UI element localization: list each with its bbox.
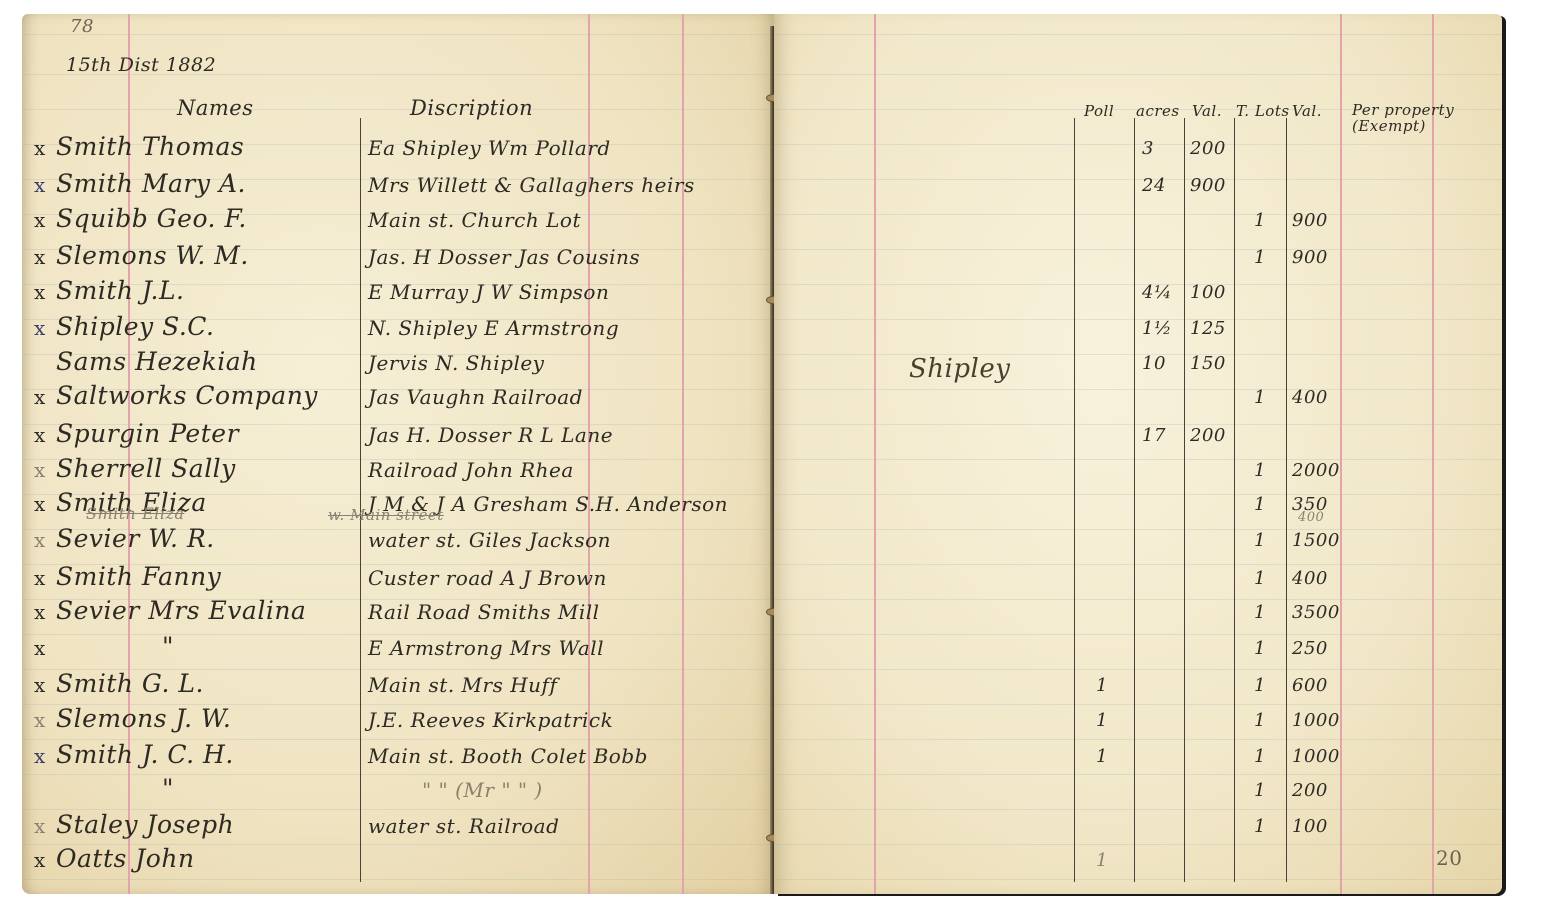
property-description: " " (Mr " " ) bbox=[422, 778, 543, 802]
checkmark-x: x bbox=[34, 814, 46, 838]
ledger-cell-lots-val: 2000 bbox=[1292, 460, 1340, 481]
taxpayer-name: Sherrell Sally bbox=[56, 454, 236, 483]
ledger-cell-lots-val: 400 bbox=[1292, 387, 1328, 408]
margin-rule bbox=[682, 14, 684, 894]
checkmark-x: x bbox=[34, 208, 46, 232]
column-header-town-lots: T. Lots bbox=[1236, 102, 1290, 120]
column-header-poll: Poll bbox=[1084, 102, 1114, 120]
ledger-cell-poll: 1 bbox=[1096, 746, 1108, 767]
page-number: 78 bbox=[70, 16, 94, 37]
checkmark-x: x bbox=[34, 316, 46, 340]
taxpayer-name: Oatts John bbox=[56, 844, 195, 873]
checkmark-x: x bbox=[34, 385, 46, 409]
property-description: Railroad John Rhea bbox=[368, 458, 574, 482]
ledger-cell-lots-val: 200 bbox=[1292, 780, 1328, 801]
margin-rule bbox=[1432, 14, 1434, 894]
margin-note: Shipley bbox=[909, 354, 1010, 384]
struck-annotation: Smith Eliza bbox=[86, 504, 184, 523]
ledger-cell-lots-val: 600 bbox=[1292, 675, 1328, 696]
left-page: 78 15th Dist 1882 Names Discription xSmi… bbox=[22, 14, 774, 894]
ledger-cell-lots: 1 bbox=[1254, 210, 1266, 231]
property-description: water st. Railroad bbox=[368, 814, 559, 838]
ledger-cell-lots: 1 bbox=[1254, 602, 1266, 623]
ledger-cell-lots-val: 900 bbox=[1292, 210, 1328, 231]
ledger-cell-lots: 1 bbox=[1254, 638, 1266, 659]
checkmark-x: x bbox=[34, 744, 46, 768]
property-description: Ea Shipley Wm Pollard bbox=[368, 136, 611, 160]
property-description: Mrs Willett & Gallaghers heirs bbox=[368, 173, 695, 197]
ledger-cell-lots-val: 250 bbox=[1292, 638, 1328, 659]
page-number: 20 bbox=[1436, 846, 1462, 870]
ledger-cell-acres: 1½ bbox=[1142, 318, 1172, 339]
property-description: Jas H. Dosser R L Lane bbox=[368, 423, 613, 447]
column-header-acres-value: Val. bbox=[1192, 102, 1222, 120]
property-description: Main st. Mrs Huff bbox=[368, 673, 557, 697]
ledger-cell-acres: 3 bbox=[1142, 138, 1154, 159]
ledger-cell-lots-val: 1000 bbox=[1292, 710, 1340, 731]
column-header-personal-property: Per property (Exempt) bbox=[1352, 102, 1492, 134]
column-header-acres: acres bbox=[1136, 102, 1180, 120]
ledger-cell-lots: 1 bbox=[1254, 387, 1266, 408]
ledger-cell-acres: 17 bbox=[1142, 425, 1166, 446]
struck-annotation: w. Main street bbox=[328, 506, 444, 524]
checkmark-x: x bbox=[34, 245, 46, 269]
taxpayer-name: Sams Hezekiah bbox=[56, 347, 258, 376]
checkmark-x: x bbox=[34, 848, 46, 872]
column-header-lots-value: Val. bbox=[1292, 102, 1322, 120]
ledger-cell-acres-val: 100 bbox=[1190, 282, 1226, 303]
ledger-cell-acres-val: 200 bbox=[1190, 425, 1226, 446]
taxpayer-name: Smith Fanny bbox=[56, 562, 221, 591]
page-heading: 15th Dist 1882 bbox=[66, 54, 216, 76]
ledger-cell-acres-val: 200 bbox=[1190, 138, 1226, 159]
ledger-cell-acres: 4¼ bbox=[1142, 282, 1172, 303]
checkmark-x: x bbox=[34, 600, 46, 624]
description-column-header: Discription bbox=[410, 96, 533, 120]
ledger-cell-acres-val: 900 bbox=[1190, 175, 1226, 196]
ledger-cell-lots-val: 900 bbox=[1292, 247, 1328, 268]
taxpayer-name: Smith J. C. H. bbox=[56, 740, 234, 769]
checkmark-x: x bbox=[34, 423, 46, 447]
property-description: Jas. H Dosser Jas Cousins bbox=[368, 245, 640, 269]
ledger-cell-lots: 1 bbox=[1254, 494, 1266, 515]
margin-rule bbox=[874, 14, 876, 894]
ledger-cell-lots-val: 3500 bbox=[1292, 602, 1340, 623]
taxpayer-name: Saltworks Company bbox=[56, 381, 318, 410]
ledger-cell-poll: 1 bbox=[1096, 710, 1108, 731]
checkmark-x: x bbox=[34, 528, 46, 552]
taxpayer-name: Smith Mary A. bbox=[56, 169, 246, 198]
property-description: J.E. Reeves Kirkpatrick bbox=[368, 708, 613, 732]
checkmark-x: x bbox=[34, 173, 46, 197]
taxpayer-name: Staley Joseph bbox=[56, 810, 234, 839]
property-description: Custer road A J Brown bbox=[368, 566, 607, 590]
ledger-cell-lots: 1 bbox=[1254, 675, 1266, 696]
checkmark-x: x bbox=[34, 566, 46, 590]
checkmark-x: x bbox=[34, 636, 46, 660]
property-description: Rail Road Smiths Mill bbox=[368, 600, 600, 624]
ledger-cell-lots-val: 100 bbox=[1292, 816, 1328, 837]
ledger-cell-lots-val: 1500 bbox=[1292, 530, 1340, 551]
checkmark-x: x bbox=[34, 280, 46, 304]
ledger-cell-lots: 1 bbox=[1254, 746, 1266, 767]
property-description: E Armstrong Mrs Wall bbox=[368, 636, 604, 660]
column-divider bbox=[1134, 118, 1135, 882]
ledger-cell-poll: 1 bbox=[1096, 850, 1108, 871]
ledger-cell-lots-val: 1000 bbox=[1292, 746, 1340, 767]
property-description: E Murray J W Simpson bbox=[368, 280, 609, 304]
checkmark-x: x bbox=[34, 492, 46, 516]
taxpayer-name: Spurgin Peter bbox=[56, 419, 239, 448]
taxpayer-name: Smith G. L. bbox=[56, 669, 204, 698]
checkmark-x: x bbox=[34, 136, 46, 160]
taxpayer-name: Slemons J. W. bbox=[56, 704, 231, 733]
ledger-cell-lots: 1 bbox=[1254, 460, 1266, 481]
column-divider bbox=[1074, 118, 1075, 882]
property-description: Main st. Booth Colet Bobb bbox=[368, 744, 648, 768]
ledger-cell-lots-val: 400 bbox=[1292, 568, 1328, 589]
taxpayer-name: Sevier W. R. bbox=[56, 524, 215, 553]
checkmark-x: x bbox=[34, 673, 46, 697]
column-divider bbox=[1286, 118, 1287, 882]
struck-annotation: 400 bbox=[1298, 510, 1324, 525]
column-divider bbox=[1184, 118, 1185, 882]
checkmark-x: x bbox=[34, 458, 46, 482]
ledger-cell-lots: 1 bbox=[1254, 780, 1266, 801]
taxpayer-name: Smith Thomas bbox=[56, 132, 244, 161]
ledger-cell-acres: 10 bbox=[1142, 353, 1166, 374]
right-page: Poll acres Val. T. Lots Val. Per propert… bbox=[774, 14, 1502, 894]
ledger-cell-lots: 1 bbox=[1254, 710, 1266, 731]
taxpayer-name: Smith J.L. bbox=[56, 276, 185, 305]
property-description: water st. Giles Jackson bbox=[368, 528, 611, 552]
ledger-cell-lots: 1 bbox=[1254, 816, 1266, 837]
ledger-cell-acres-val: 125 bbox=[1190, 318, 1226, 339]
ledger-book: 78 15th Dist 1882 Names Discription xSmi… bbox=[22, 14, 1502, 894]
margin-rule bbox=[1340, 14, 1342, 894]
checkmark-x: x bbox=[34, 708, 46, 732]
property-description: Jervis N. Shipley bbox=[368, 351, 544, 375]
property-description: N. Shipley E Armstrong bbox=[368, 316, 619, 340]
property-description: Jas Vaughn Railroad bbox=[368, 385, 583, 409]
taxpayer-name: Sevier Mrs Evalina bbox=[56, 596, 306, 625]
ledger-cell-lots: 1 bbox=[1254, 530, 1266, 551]
taxpayer-name: Squibb Geo. F. bbox=[56, 204, 247, 233]
ledger-cell-poll: 1 bbox=[1096, 675, 1108, 696]
names-column-header: Names bbox=[177, 96, 254, 120]
taxpayer-name: " bbox=[162, 632, 174, 661]
ledger-cell-lots: 1 bbox=[1254, 247, 1266, 268]
ledger-cell-acres-val: 150 bbox=[1190, 353, 1226, 374]
taxpayer-name: " bbox=[162, 774, 174, 803]
taxpayer-name: Shipley S.C. bbox=[56, 312, 214, 341]
ledger-cell-lots: 1 bbox=[1254, 568, 1266, 589]
column-divider bbox=[360, 118, 361, 882]
column-divider bbox=[1234, 118, 1235, 882]
taxpayer-name: Slemons W. M. bbox=[56, 241, 249, 270]
property-description: Main st. Church Lot bbox=[368, 208, 581, 232]
ledger-cell-acres: 24 bbox=[1142, 175, 1166, 196]
